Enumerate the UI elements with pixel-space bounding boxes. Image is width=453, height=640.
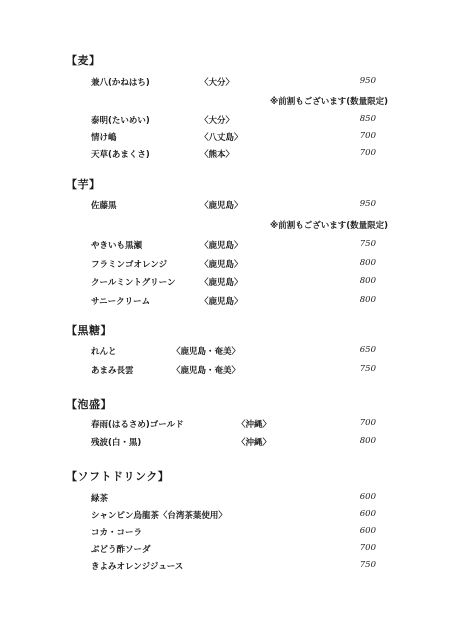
item-price: 700	[360, 418, 376, 428]
menu-item: ぶどう酢ソーダ 700	[0, 543, 453, 557]
item-origin: 〈沖縄〉	[237, 436, 271, 448]
menu-item: サニークリーム 〈鹿児島〉 800	[0, 295, 453, 309]
menu-item: 佐藤黒 〈鹿児島〉 950	[0, 199, 453, 213]
item-price: 700	[360, 148, 376, 158]
item-name: クールミントグリーン	[91, 276, 176, 288]
item-name: 兼八(かねはち)	[91, 76, 150, 88]
item-price: 750	[360, 239, 376, 249]
menu-note: ※前割もございます(数量限定)	[0, 95, 453, 109]
item-name: ぶどう酢ソーダ	[91, 543, 151, 555]
menu-item: コカ・コーラ 600	[0, 526, 453, 540]
item-price: 600	[360, 492, 376, 502]
menu-item: れんと 〈鹿児島・奄美〉 650	[0, 345, 453, 359]
item-origin: 〈大分〉	[200, 114, 234, 126]
item-origin: 〈鹿児島〉	[200, 239, 243, 251]
section-title-imo: 【芋】	[66, 176, 101, 192]
item-name: あまみ長雲	[91, 364, 134, 376]
item-price: 750	[360, 364, 376, 374]
item-name: 天草(あまくさ)	[91, 148, 150, 160]
item-origin: 〈鹿児島〉	[200, 258, 243, 270]
menu-item: やきいも黒瀬 〈鹿児島〉 750	[0, 239, 453, 253]
menu-item: 残波(白・黒) 〈沖縄〉 800	[0, 436, 453, 450]
section-title-soft-drinks: 【ソフトドリンク】	[66, 468, 169, 484]
menu-item: 天草(あまくさ) 〈熊本〉 700	[0, 148, 453, 162]
item-name: 残波(白・黒)	[91, 436, 141, 448]
item-origin: 〈八丈島〉	[200, 131, 243, 143]
menu-item: 泰明(たいめい) 〈大分〉 850	[0, 114, 453, 128]
item-name: フラミンゴオレンジ	[91, 258, 167, 270]
item-name: 緑茶	[91, 492, 108, 504]
item-origin: 〈鹿児島〉	[200, 276, 243, 288]
menu-item: シャンピン烏龍茶〈台湾茶葉使用〉 600	[0, 509, 453, 523]
item-name: シャンピン烏龍茶〈台湾茶葉使用〉	[91, 509, 227, 521]
item-name: コカ・コーラ	[91, 526, 142, 538]
item-name: 佐藤黒	[91, 199, 117, 211]
section-title-awamori: 【泡盛】	[66, 396, 112, 412]
item-price: 950	[360, 76, 376, 86]
item-price: 700	[360, 543, 376, 553]
item-price: 650	[360, 345, 376, 355]
item-origin: 〈鹿児島・奄美〉	[172, 345, 240, 357]
item-price: 950	[360, 199, 376, 209]
drink-menu-page: 【麦】 兼八(かねはち) 〈大分〉 950 ※前割もございます(数量限定) 泰明…	[0, 0, 453, 640]
item-origin: 〈大分〉	[200, 76, 234, 88]
item-origin: 〈沖縄〉	[237, 418, 271, 430]
item-price: 800	[360, 436, 376, 446]
item-name: やきいも黒瀬	[91, 239, 142, 251]
maewari-note: ※前割もございます(数量限定)	[270, 219, 388, 231]
item-origin: 〈鹿児島・奄美〉	[172, 364, 240, 376]
item-price: 800	[360, 295, 376, 305]
item-price: 850	[360, 114, 376, 124]
maewari-note: ※前割もございます(数量限定)	[270, 95, 388, 107]
item-price: 600	[360, 509, 376, 519]
menu-item: 情け嶋 〈八丈島〉 700	[0, 131, 453, 145]
menu-item: クールミントグリーン 〈鹿児島〉 800	[0, 276, 453, 290]
item-price: 750	[360, 560, 376, 570]
item-origin: 〈鹿児島〉	[200, 295, 243, 307]
item-origin: 〈熊本〉	[200, 148, 234, 160]
item-name: サニークリーム	[91, 295, 150, 307]
section-title-kokuto: 【黒糖】	[66, 322, 112, 338]
item-price: 800	[360, 258, 376, 268]
item-name: 泰明(たいめい)	[91, 114, 150, 126]
menu-item: 春雨(はるさめ)ゴールド 〈沖縄〉 700	[0, 418, 453, 432]
item-name: 情け嶋	[91, 131, 117, 143]
item-price: 700	[360, 131, 376, 141]
item-name: れんと	[91, 345, 117, 357]
item-name: 春雨(はるさめ)ゴールド	[91, 418, 184, 430]
item-price: 600	[360, 526, 376, 536]
item-price: 800	[360, 276, 376, 286]
menu-item: 緑茶 600	[0, 492, 453, 506]
menu-item: 兼八(かねはち) 〈大分〉 950	[0, 76, 453, 90]
section-title-barley: 【麦】	[66, 52, 101, 68]
menu-item: あまみ長雲 〈鹿児島・奄美〉 750	[0, 364, 453, 378]
menu-note: ※前割もございます(数量限定)	[0, 219, 453, 233]
menu-item: きよみオレンジジュース 750	[0, 560, 453, 574]
menu-item: フラミンゴオレンジ 〈鹿児島〉 800	[0, 258, 453, 272]
item-origin: 〈鹿児島〉	[200, 199, 243, 211]
item-name: きよみオレンジジュース	[91, 560, 183, 572]
